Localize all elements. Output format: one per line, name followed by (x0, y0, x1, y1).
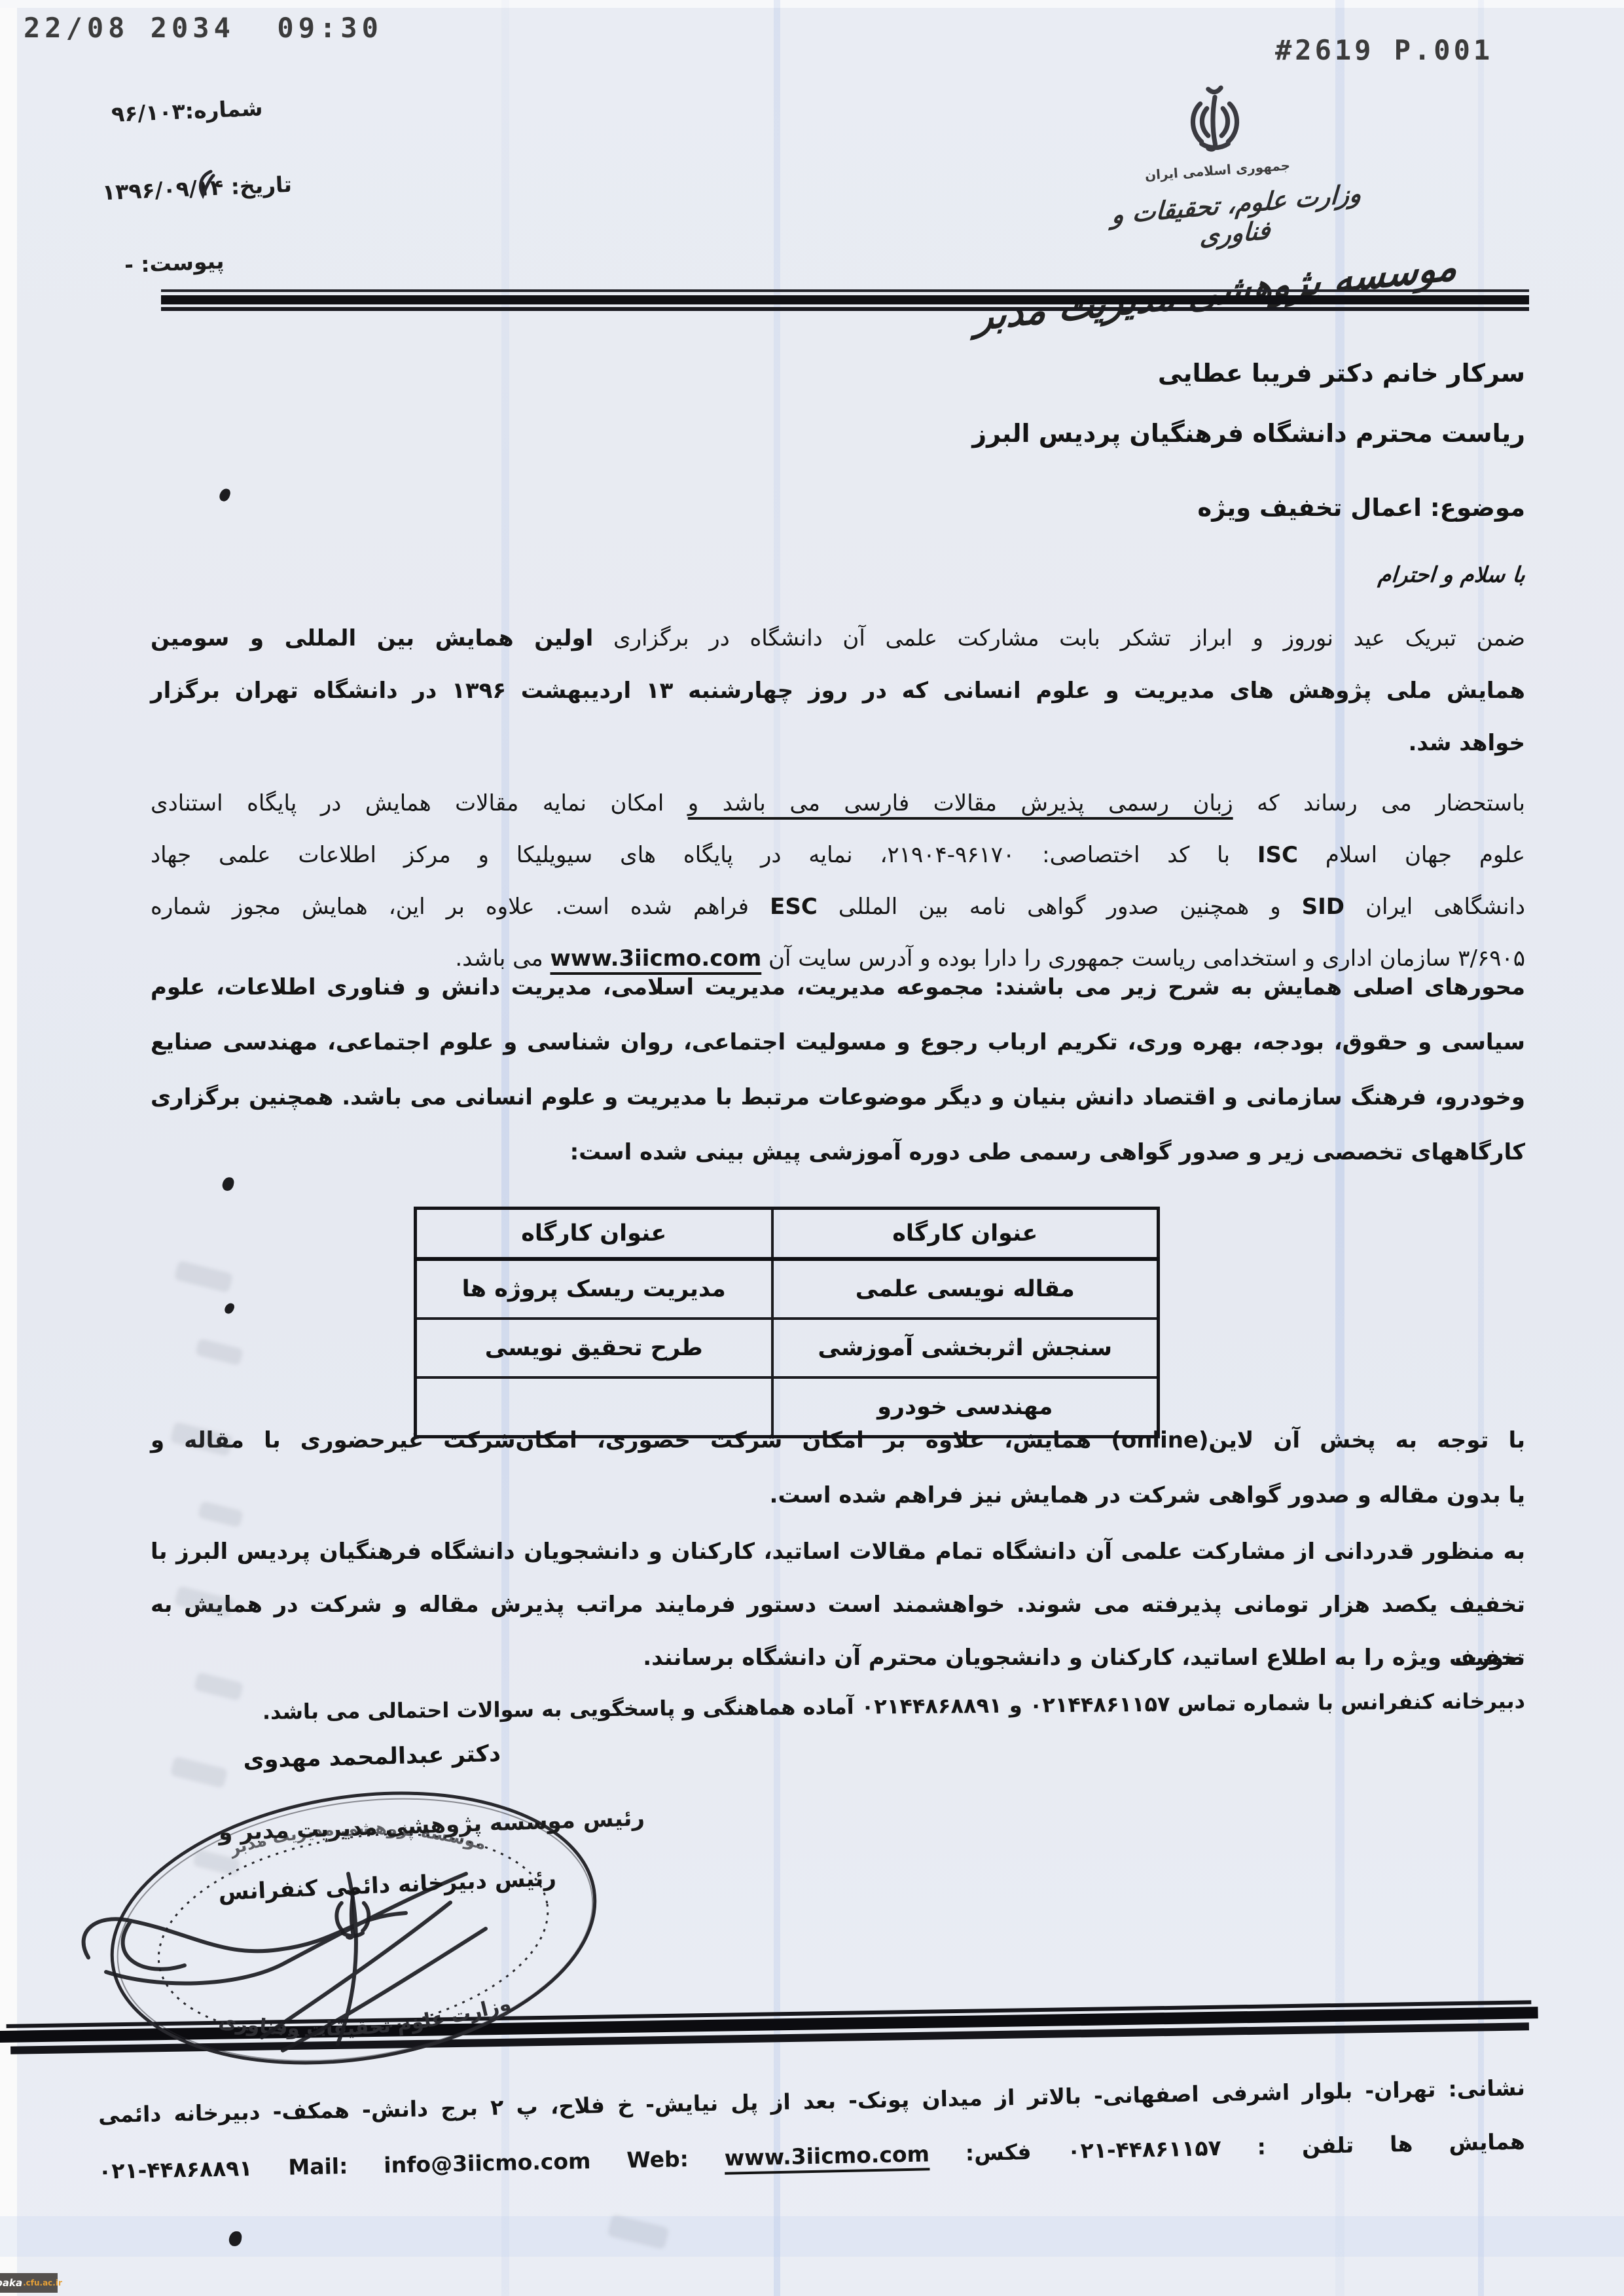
workshop-cell (416, 1377, 772, 1437)
workshop-cell: طرح تحقیق نویسی (416, 1319, 772, 1377)
iran-coat-of-arms-icon (1175, 84, 1255, 164)
recipient-name: سرکار خانم دکتر فریبا عطایی (151, 359, 1525, 388)
contact-line: دبیرخانه کنفرانس با شماره تماس ۰۲۱۴۴۸۶۱۱… (151, 1678, 1526, 1736)
letter-date-label: تاریخ: (230, 172, 293, 200)
watermark-site-rest: .cfu.ac.ir (23, 2278, 62, 2287)
table-row: مقاله نویسی علمی مدیریت ریسک پروژه ها (416, 1259, 1159, 1319)
table-row: سنجش اثربخشی آموزشی طرح تحقیق نویسی (416, 1319, 1159, 1377)
letter-number-field: شماره:۹۶/۱۰۳ (111, 95, 263, 127)
workshops-table: عنوان کارگاه عنوان کارگاه مقاله نویسی عل… (414, 1207, 1160, 1438)
fax-timestamp: 22/08 2034 09:30 (24, 12, 383, 44)
scan-edge-left (0, 0, 17, 2296)
workshop-cell: مقاله نویسی علمی (772, 1259, 1159, 1319)
workshop-cell: مدیریت ریسک پروژه ها (416, 1259, 772, 1319)
body-paragraph-indexing: باستحضار می رساند که زبان رسمی پذیرش مقا… (151, 778, 1525, 985)
salutation: با سلام و احترام (150, 562, 1526, 587)
table-header-right: عنوان کارگاه (772, 1209, 1159, 1260)
table-header-left: عنوان کارگاه (416, 1209, 772, 1260)
letter-number-value: ۹۶/۱۰۳ (111, 98, 185, 127)
letter-number-label: شماره: (185, 95, 263, 124)
body-paragraph-discount: به منظور قدردانی از مشارکت علمی آن دانشگ… (151, 1525, 1525, 1685)
watermark-site-bold: paka (0, 2277, 22, 2289)
table-row: مهندسی خودرو (416, 1377, 1159, 1437)
bleed-through-mark (174, 1260, 234, 1293)
body-paragraph-topics: محورهای اصلی همایش به شرح زیر می باشند: … (151, 960, 1525, 1180)
body-paragraph-greeting: ضمن تبریک عید نوروز و ابراز تشکر بابت مش… (151, 612, 1525, 769)
scan-edge-top (0, 0, 1624, 8)
ink-blob (223, 1302, 236, 1315)
letterhead-separator (161, 289, 1529, 311)
handwritten-correction-mark (191, 169, 217, 199)
subject-line: موضوع: اعمال تخفیف ویژه (151, 494, 1525, 522)
workshop-cell: مهندسی خودرو (772, 1377, 1159, 1437)
stamp-bottom-text: وزارت علوم تحقیقات وفناوری (217, 1992, 514, 2041)
letter-attachment-field: پیوست: - (124, 248, 225, 278)
letter-attachment-value: - (124, 252, 134, 278)
scanned-letter-page: 22/08 2034 09:30 #2619 P.001 شماره:۹۶/۱۰… (0, 0, 1624, 2296)
recipient-title: ریاست محترم دانشگاه فرهنگیان پردیس البرز (151, 419, 1525, 448)
letterhead-ministry: وزارت علوم، تحقیقات و فناوری (1078, 176, 1394, 262)
watermark-badge: paka.cfu.ac.ir (0, 2273, 58, 2293)
bleed-through-mark (195, 1338, 244, 1366)
fax-page-number: #2619 P.001 (1275, 34, 1493, 66)
scanner-light-band (0, 2216, 1624, 2257)
letter-attachment-label: پیوست: (140, 248, 225, 278)
workshop-cell: سنجش اثربخشی آموزشی (772, 1319, 1159, 1377)
body-paragraph-contact: دبیرخانه کنفرانس با شماره تماس ۰۲۱۴۴۸۶۱۱… (151, 1678, 1526, 1736)
table-header-row: عنوان کارگاه عنوان کارگاه (416, 1209, 1159, 1260)
